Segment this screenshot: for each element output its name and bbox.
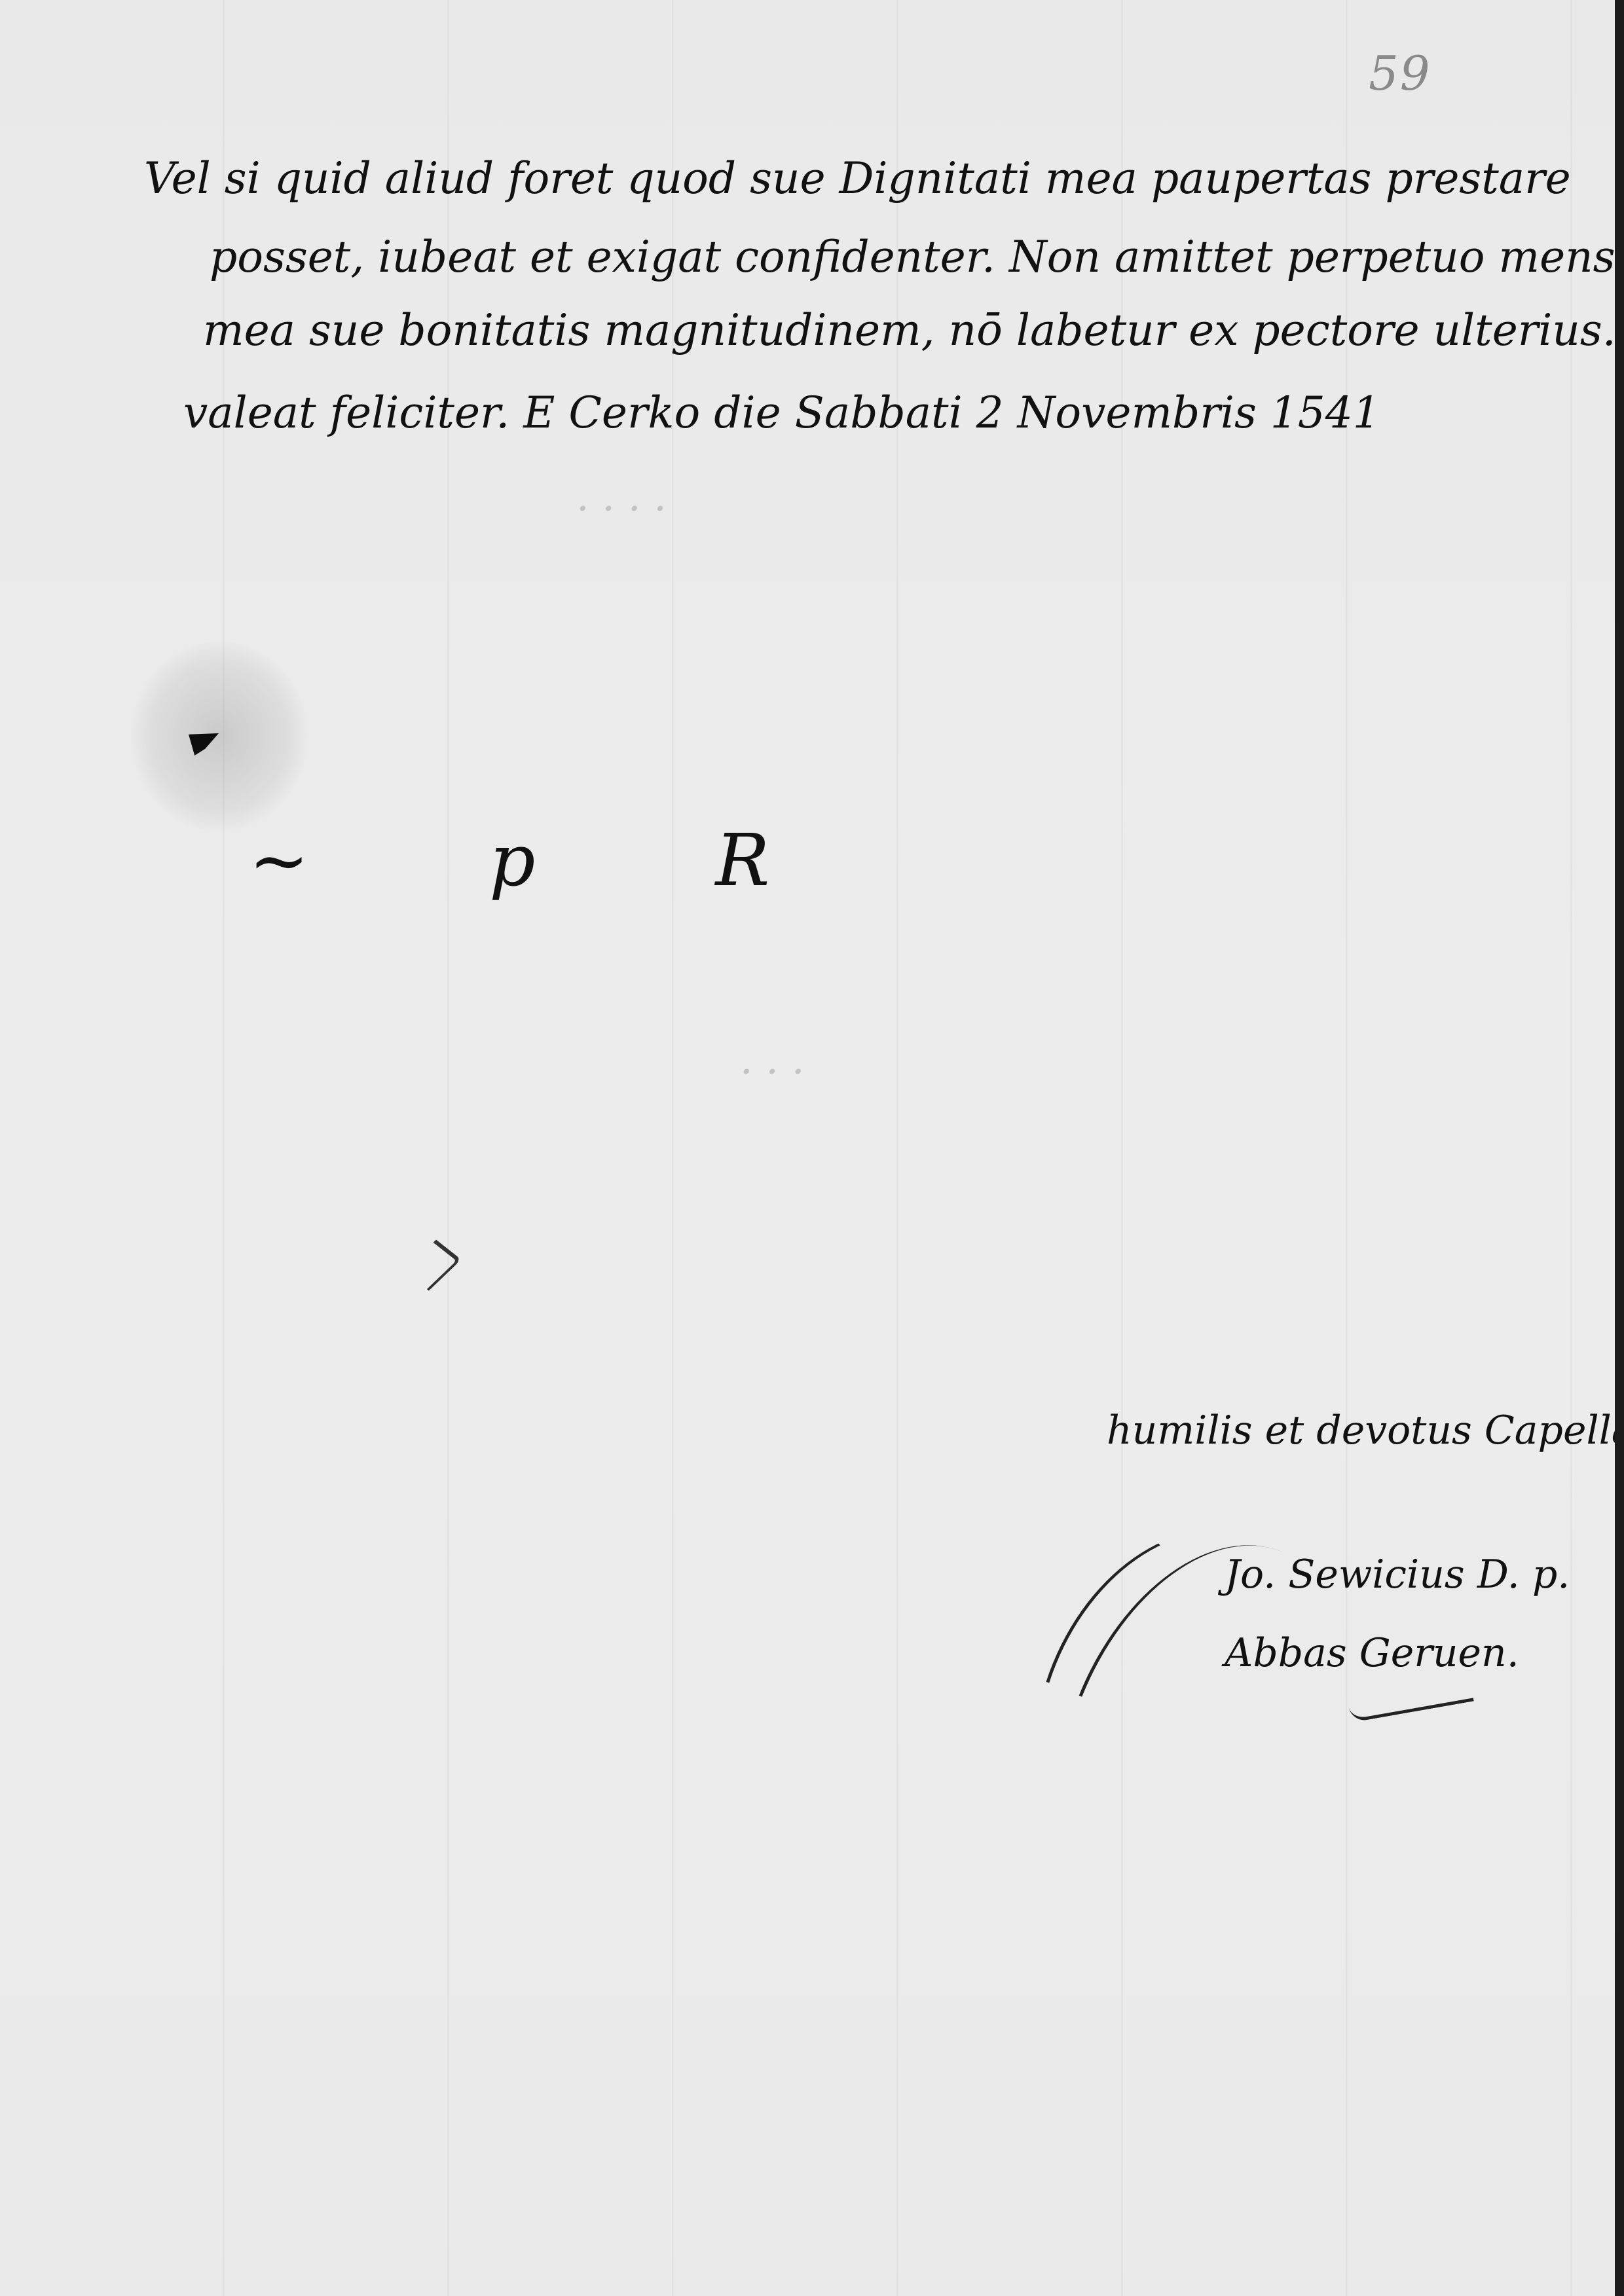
registration-marks: ~ p R (249, 818, 927, 902)
body-line-3-text: mea sue bonitatis magnitudinem, nō labet… (203, 305, 1616, 355)
faded-offset-text: · · · · (576, 484, 667, 532)
body-line-1: Vel si quid aliud foret quod sue Dignita… (144, 157, 1571, 200)
paper-stain (131, 642, 308, 831)
stray-pen-mark (403, 1239, 461, 1290)
mark-tilde: ~ (249, 818, 309, 902)
mark-p: p (489, 818, 535, 902)
signature-closing: humilis et devotus Capellanus (1107, 1408, 1624, 1453)
signature-name: Jo. Sewicius D. p. (1225, 1552, 1570, 1597)
signature-underline (1348, 1685, 1473, 1723)
body-line-2: posset, iubeat et exigat confidenter. No… (210, 236, 1615, 279)
signature-title: Abbas Geruen. (1225, 1630, 1519, 1676)
manuscript-page: 59 Vel si quid aliud foret quod sue Dign… (0, 0, 1615, 2296)
body-line-4-date: valeat feliciter. E Cerko die Sabbati 2 … (183, 392, 1380, 435)
faded-offset-text: · · · (740, 1048, 805, 1095)
folio-number: 59 (1369, 46, 1431, 101)
mark-r: R (716, 818, 770, 902)
body-line-3: mea sue bonitatis magnitudinem, nō labet… (203, 309, 1624, 352)
scan-edge-border (1615, 0, 1624, 2296)
